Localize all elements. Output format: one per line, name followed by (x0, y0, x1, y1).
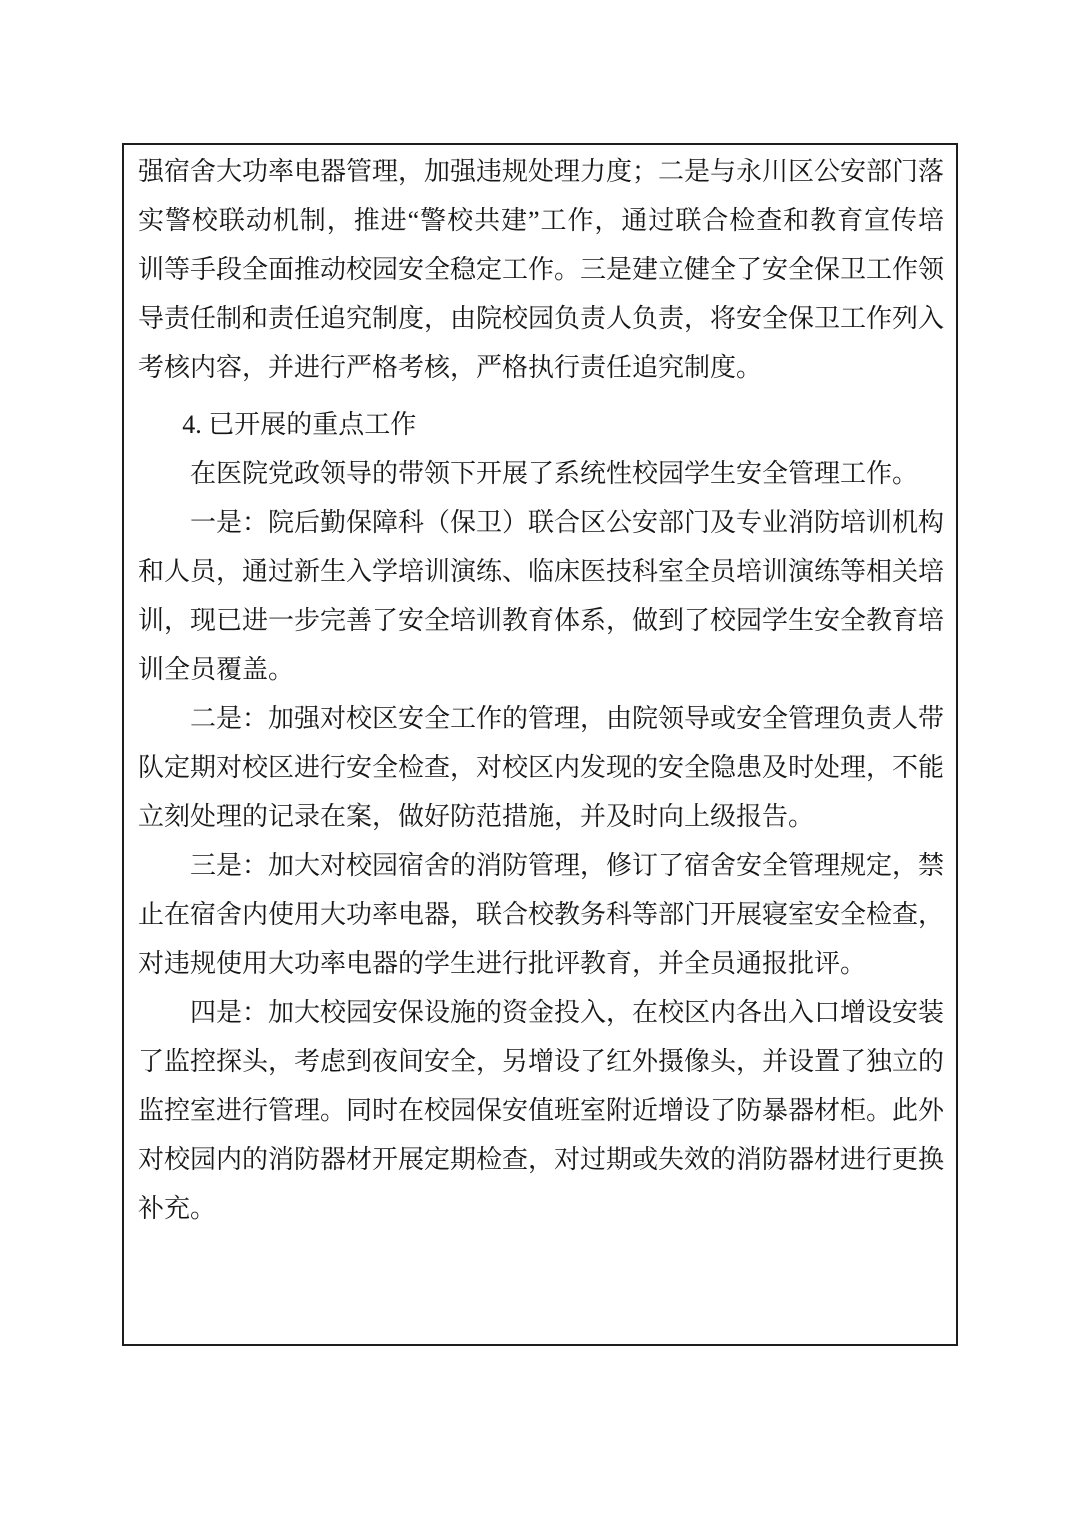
text-line: 监控室进行管理。同时在校园保安值班室附近增设了防暴器材柜。此外 (138, 1086, 944, 1135)
text-line: 考核内容，并进行严格考核，严格执行责任追究制度。 (138, 343, 944, 392)
text-line: 一是：院后勤保障科（保卫）联合区公安部门及专业消防培训机构 (138, 498, 944, 547)
text-line: 强宿舍大功率电器管理，加强违规处理力度；二是与永川区公安部门落 (138, 147, 944, 196)
text-line: 止在宿舍内使用大功率电器，联合校教务科等部门开展寝室安全检查， (138, 890, 944, 939)
text-line: 四是：加大校园安保设施的资金投入，在校区内各出入口增设安装 (138, 988, 944, 1037)
text-line: 训全员覆盖。 (138, 645, 944, 694)
text-line: 三是：加大对校园宿舍的消防管理，修订了宿舍安全管理规定，禁 (138, 841, 944, 890)
text-line: 队定期对校区进行安全检查，对校区内发现的安全隐患及时处理，不能 (138, 743, 944, 792)
document-page: 强宿舍大功率电器管理，加强违规处理力度；二是与永川区公安部门落实警校联动机制，推… (0, 0, 1080, 1526)
text-line: 立刻处理的记录在案，做好防范措施，并及时向上级报告。 (138, 792, 944, 841)
text-line: 4. 已开展的重点工作 (138, 400, 944, 449)
text-line: 了监控探头，考虑到夜间安全，另增设了红外摄像头，并设置了独立的 (138, 1037, 944, 1086)
text-line: 对校园内的消防器材开展定期检查，对过期或失效的消防器材进行更换 (138, 1135, 944, 1184)
text-line: 对违规使用大功率电器的学生进行批评教育，并全员通报批评。 (138, 939, 944, 988)
text-line: 在医院党政领导的带领下开展了系统性校园学生安全管理工作。 (138, 449, 944, 498)
text-line: 训等手段全面推动校园安全稳定工作。三是建立健全了安全保卫工作领 (138, 245, 944, 294)
table-cell-border: 强宿舍大功率电器管理，加强违规处理力度；二是与永川区公安部门落实警校联动机制，推… (122, 143, 958, 1346)
text-line: 训，现已进一步完善了安全培训教育体系，做到了校园学生安全教育培 (138, 596, 944, 645)
text-line: 二是：加强对校区安全工作的管理，由院领导或安全管理负责人带 (138, 694, 944, 743)
text-line: 补充。 (138, 1184, 944, 1233)
text-line: 实警校联动机制，推进“警校共建”工作，通过联合检查和教育宣传培 (138, 196, 944, 245)
text-line: 和人员，通过新生入学培训演练、临床医技科室全员培训演练等相关培 (138, 547, 944, 596)
text-line: 导责任制和责任追究制度，由院校园负责人负责，将安全保卫工作列入 (138, 294, 944, 343)
